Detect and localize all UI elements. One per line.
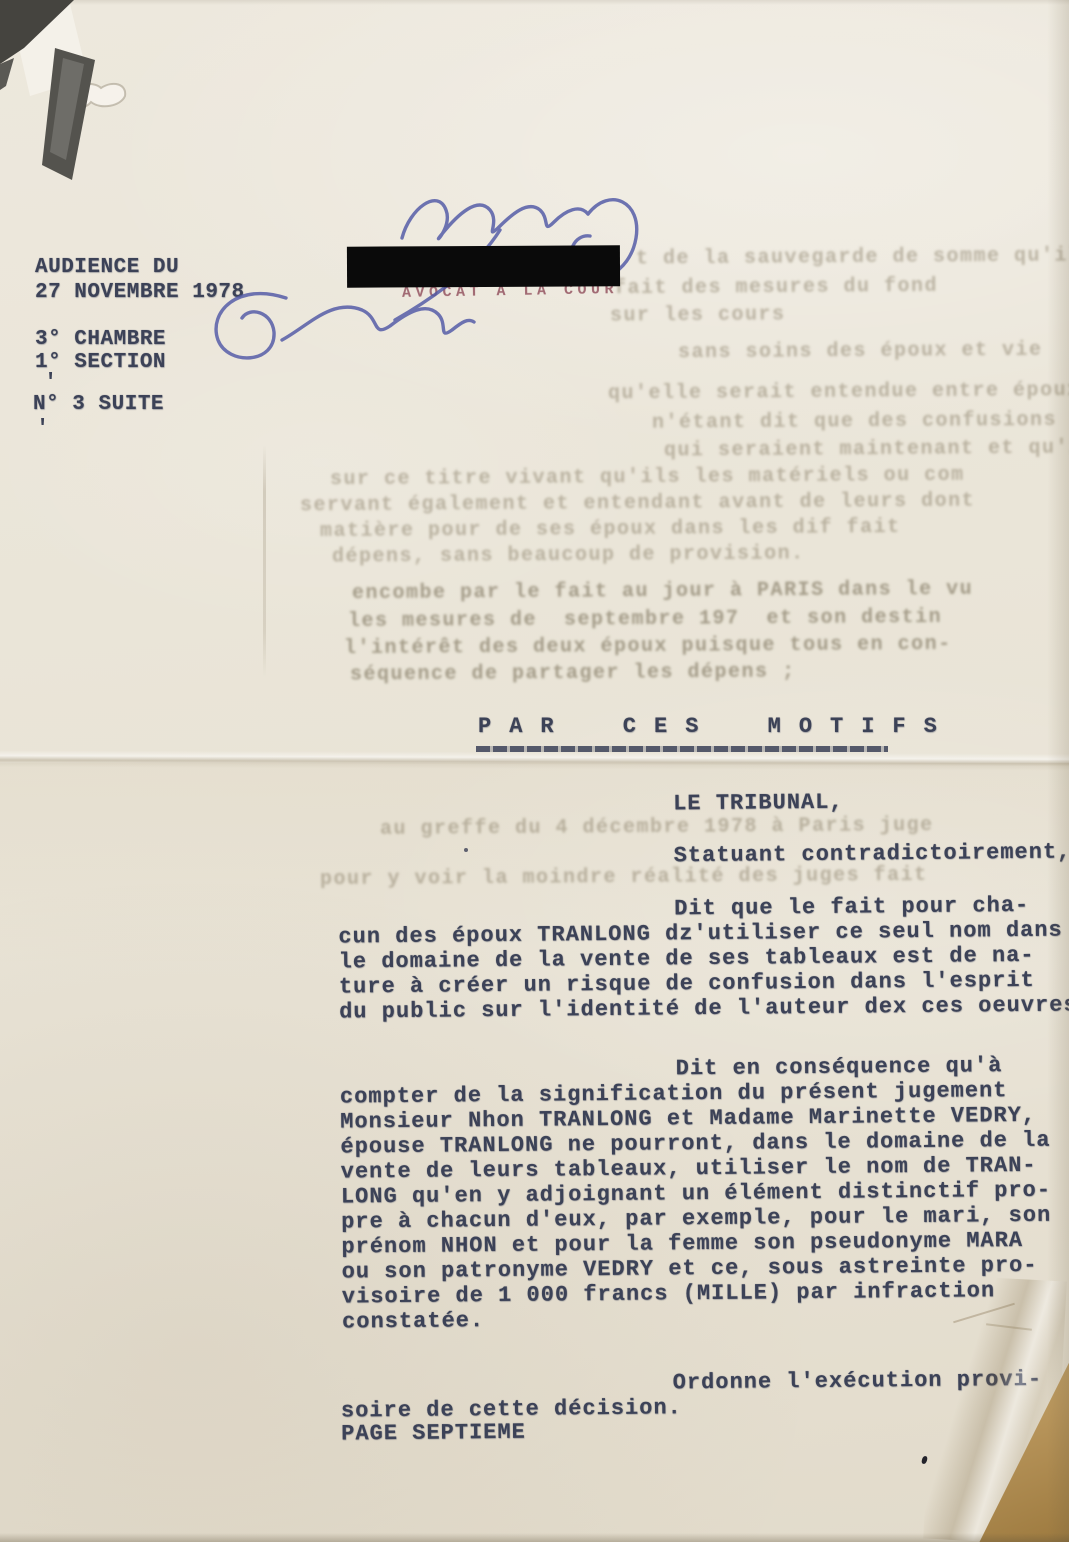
staple-icon — [0, 0, 110, 190]
scan-edge-shadow-top — [0, 0, 1069, 5]
redaction-bar — [347, 245, 620, 287]
scan-edge-shadow-right — [1047, 0, 1069, 1542]
statuant-line: Statuant contradictoirement, — [674, 840, 1069, 869]
tribunal-line: LE TRIBUNAL, — [673, 790, 844, 817]
ink-speck — [464, 848, 468, 852]
para2-line: constatée. — [342, 1308, 484, 1334]
scanned-court-document-page: t de la sauvegarde de somme qu'il fait d… — [0, 0, 1069, 1542]
page-number-label: PAGE SEPTIEME — [341, 1420, 526, 1447]
para1-line: Dit que le fait pour cha- — [674, 893, 1029, 921]
para2-line: Dit en conséquence qu'à — [676, 1053, 1003, 1081]
scan-edge-shadow-bottom — [0, 1533, 1069, 1542]
para2-line: visoire de 1 000 francs (MILLE) par infr… — [342, 1278, 996, 1309]
